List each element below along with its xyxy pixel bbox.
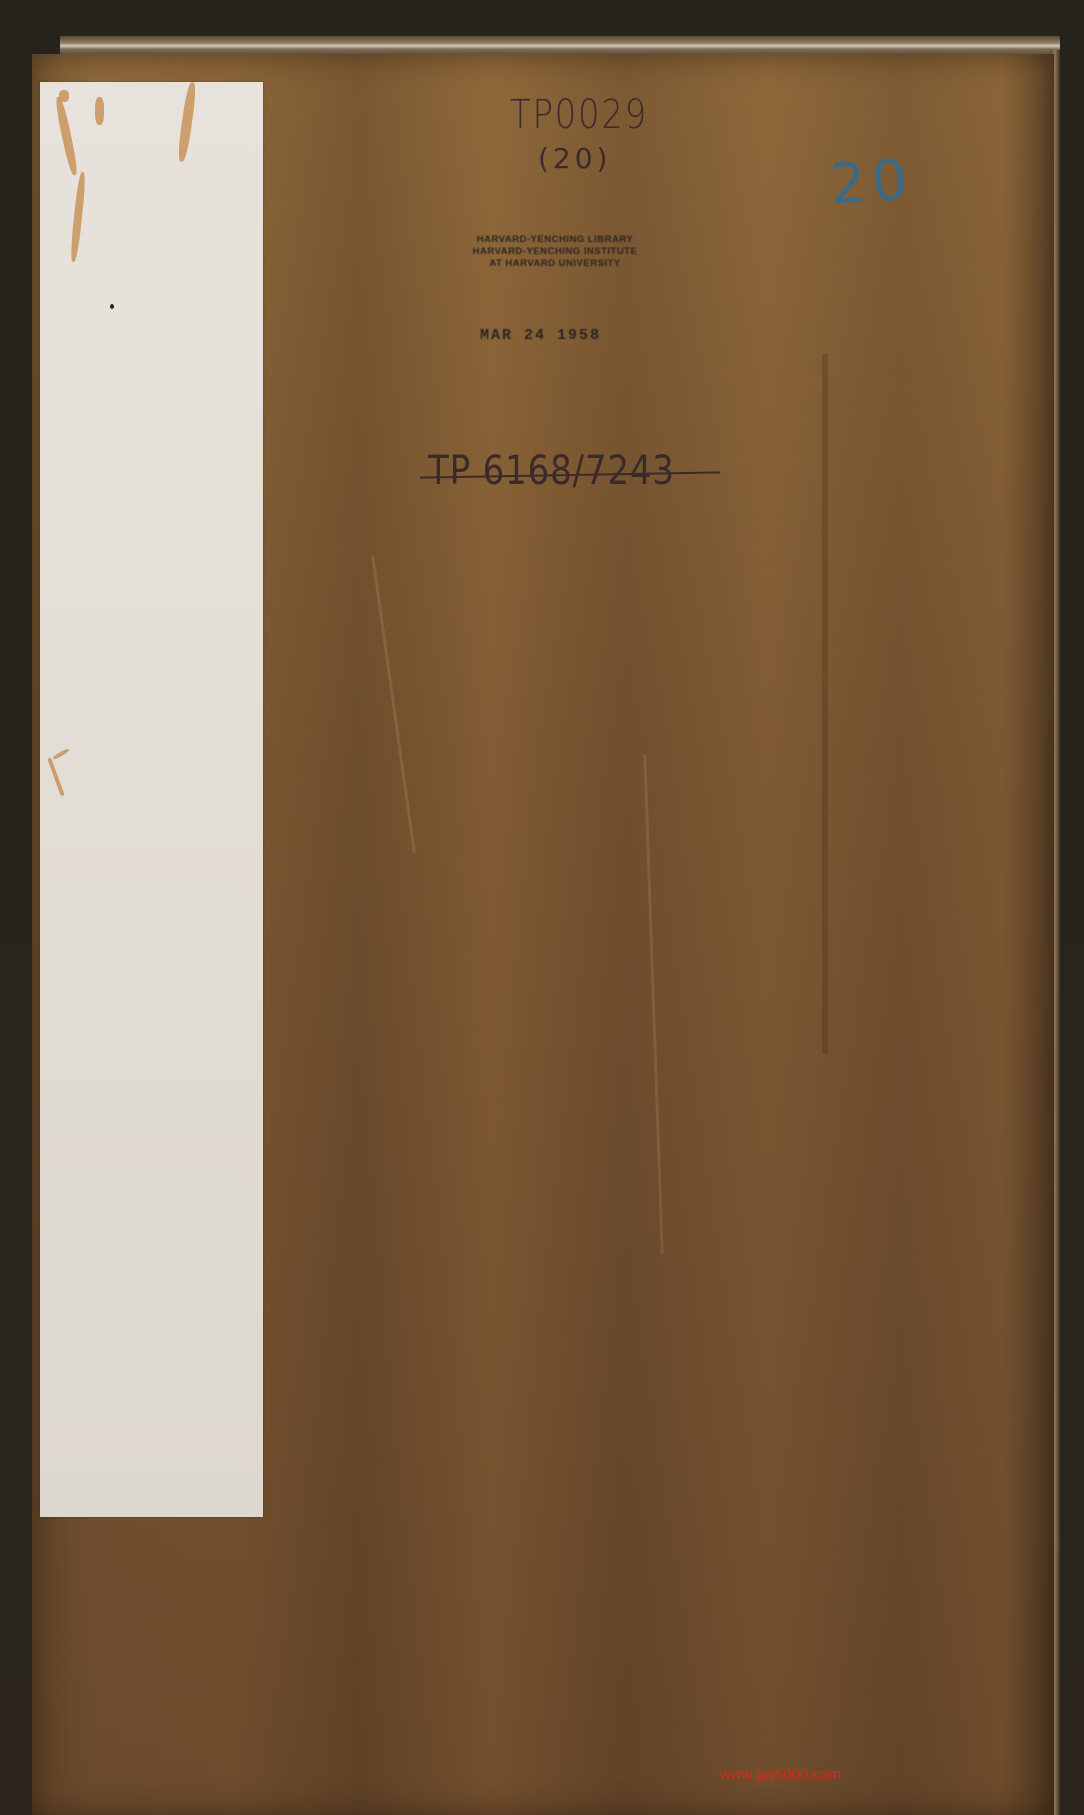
- title-label-slip: [40, 82, 263, 1517]
- stain: [54, 96, 79, 176]
- stain: [69, 172, 86, 262]
- cover-scuff: [643, 754, 663, 1254]
- spot: [110, 304, 114, 309]
- library-stamp: HARVARD-YENCHING LIBRARY HARVARD-YENCHIN…: [440, 234, 670, 270]
- watermark: www.gw5000.com: [720, 1766, 841, 1783]
- stamp-line: HARVARD-YENCHING INSTITUTE: [440, 246, 670, 258]
- stamp-date: MAR 24 1958: [480, 327, 601, 344]
- cover-scuff: [822, 354, 828, 1054]
- stain: [176, 82, 197, 163]
- struck-through-number: TP 6168/7243: [428, 448, 675, 494]
- stain: [47, 758, 64, 797]
- stain: [95, 97, 104, 125]
- stain: [52, 748, 70, 760]
- stamp-line: AT HARVARD UNIVERSITY: [440, 258, 670, 270]
- stamp-line: HARVARD-YENCHING LIBRARY: [440, 234, 670, 246]
- blue-ink-number: 20: [828, 147, 916, 218]
- handwritten-call-number: TP0029: [510, 92, 648, 138]
- handwritten-volume: (20): [538, 142, 611, 175]
- cover-scuff: [371, 555, 416, 852]
